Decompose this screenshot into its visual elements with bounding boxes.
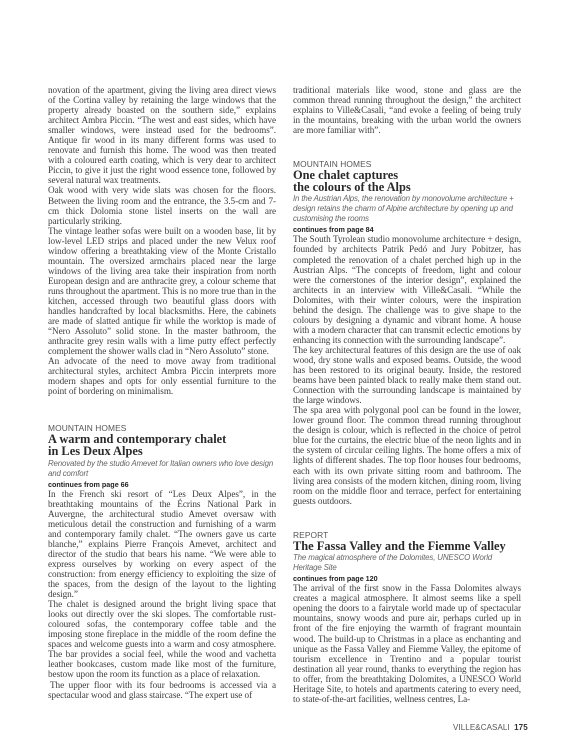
section-spacer (48, 396, 276, 424)
article-dek: The magical atmosphere of the Dolomites,… (293, 553, 521, 573)
body-paragraph: The chalet is designed around the bright… (48, 599, 276, 679)
body-paragraph: traditional materials like wood, stone a… (293, 85, 521, 135)
left-column: novation of the apartment, giving the li… (48, 85, 276, 700)
magazine-name: VILLE&CASALI (453, 723, 510, 732)
article-dek: Renovated by the studio Amevet for Itali… (48, 459, 276, 479)
article-les-deux-alpes: MOUNTAIN HOMES A warm and contemporary c… (48, 424, 276, 699)
body-paragraph: The key architectural features of this d… (293, 345, 521, 405)
right-column: traditional materials like wood, stone a… (293, 85, 521, 704)
body-paragraph: An advocate of the need to move away fro… (48, 356, 276, 396)
continues-from-page: continues from page 66 (48, 480, 276, 489)
article-headline: One chalet captures the colours of the A… (293, 170, 521, 193)
headline-line-2: in Les Deux Alpes (48, 446, 276, 458)
section-spacer (293, 135, 521, 160)
page-footer: VILLE&CASALI 175 (453, 723, 528, 732)
body-paragraph: The vintage leather sofas were built on … (48, 226, 276, 357)
continues-from-page: continues from page 84 (293, 225, 521, 234)
headline-line-2: the colours of the Alps (293, 182, 521, 194)
body-paragraph: Oak wood with very wide slats was chosen… (48, 185, 276, 225)
headline-line-1: The Fassa Valley and the Fiemme Valley (293, 541, 521, 553)
body-paragraph: The arrival of the first snow in the Fas… (293, 583, 521, 704)
article-colours-of-alps: MOUNTAIN HOMES One chalet captures the c… (293, 160, 521, 505)
body-paragraph: In the French ski resort of “Les Deux Al… (48, 489, 276, 600)
article-fassa-fiemme: REPORT The Fassa Valley and the Fiemme V… (293, 531, 521, 704)
section-spacer (293, 506, 521, 531)
body-paragraph: The upper floor with its four bedrooms i… (48, 680, 276, 700)
body-paragraph: The spa area with polygonal pool can be … (293, 405, 521, 505)
page-number: 175 (514, 723, 528, 732)
continues-from-page: continues from page 120 (293, 574, 521, 583)
article-headline: The Fassa Valley and the Fiemme Valley (293, 541, 521, 553)
body-paragraph: novation of the apartment, giving the li… (48, 85, 276, 185)
body-paragraph: The South Tyrolean studio monovolume arc… (293, 234, 521, 345)
article-dek: In the Austrian Alps, the renovation by … (293, 194, 521, 224)
article-headline: A warm and contemporary chalet in Les De… (48, 434, 276, 457)
